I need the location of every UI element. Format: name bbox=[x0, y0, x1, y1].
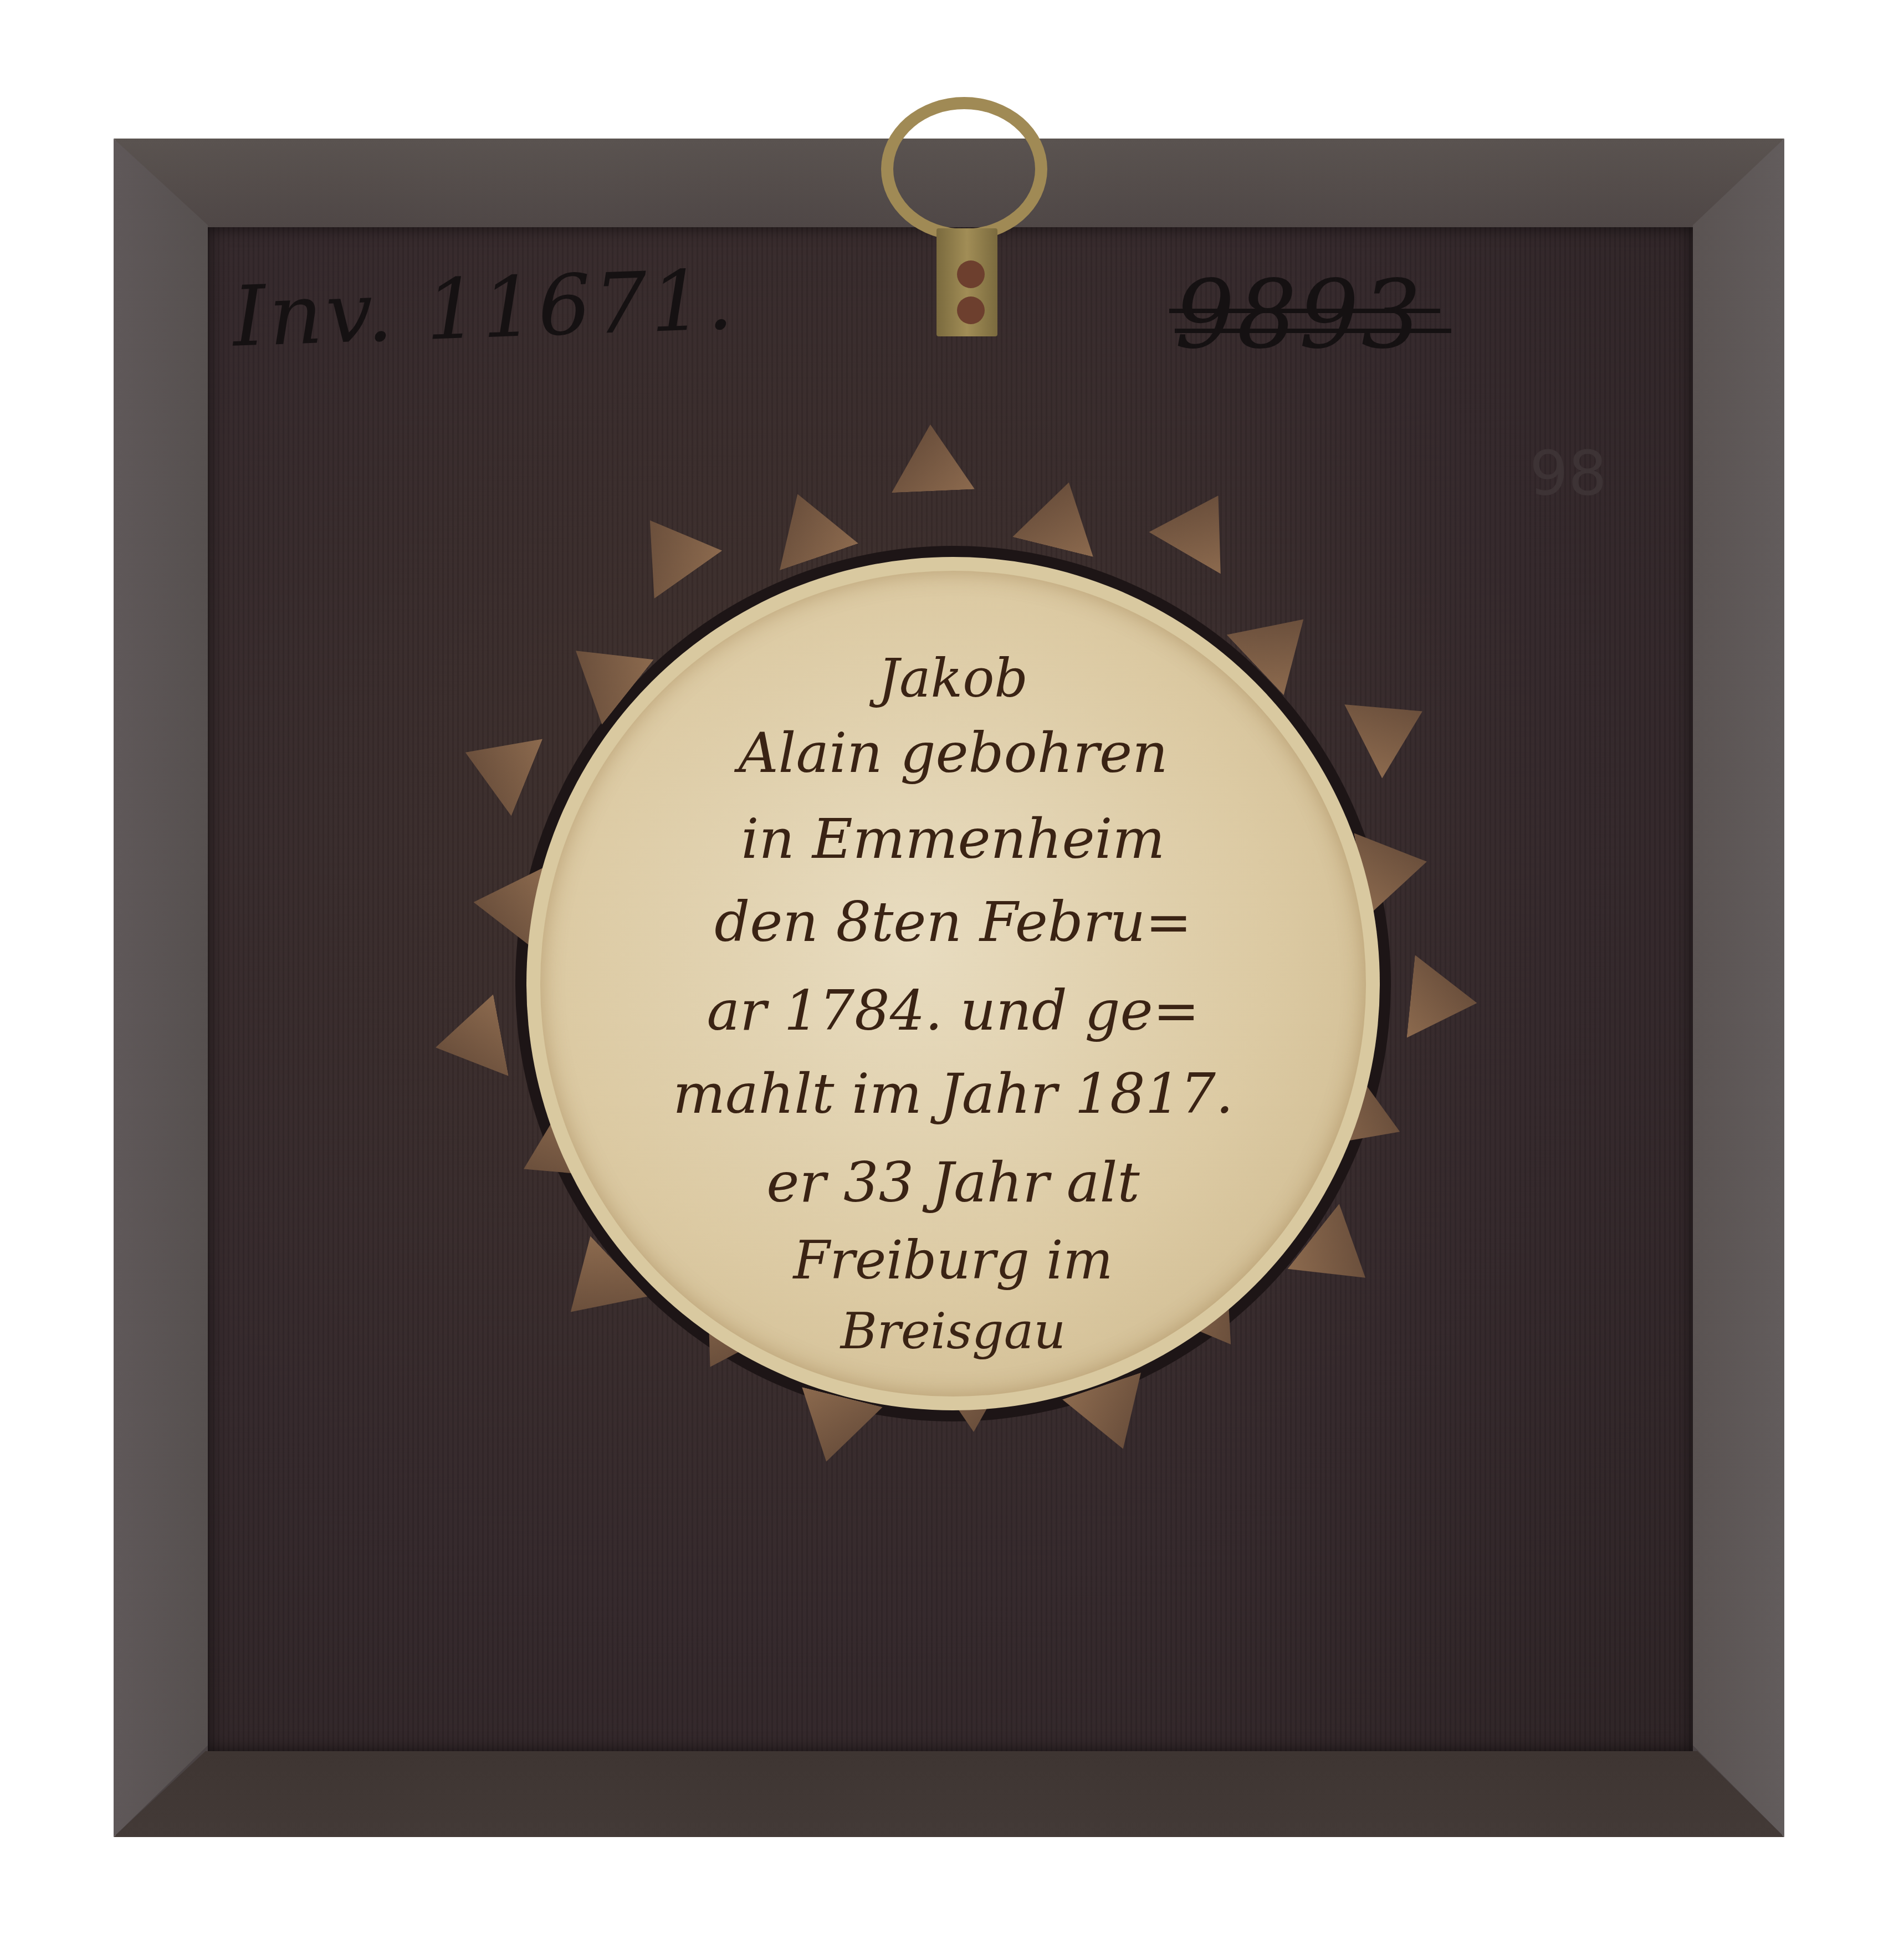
inscription-line: mahlt im Jahr 1817. bbox=[540, 1061, 1366, 1126]
inscription-line: Jakob bbox=[540, 648, 1366, 709]
rivet-icon bbox=[957, 296, 985, 324]
inscription-line: er 33 Jahr alt bbox=[540, 1150, 1366, 1215]
crossed-out-number: 9893 bbox=[1175, 260, 1424, 370]
inventory-number: Inv. 11671. bbox=[231, 252, 738, 366]
frame-bevel-left bbox=[114, 139, 208, 1837]
rivet-icon bbox=[957, 260, 985, 288]
frame-bevel-right bbox=[1693, 139, 1784, 1837]
inscription-line: Freiburg im bbox=[540, 1230, 1366, 1291]
inscription-line: den 8ten Febru= bbox=[540, 889, 1366, 954]
hanging-ring-icon bbox=[881, 97, 1047, 241]
frame-bevel-bottom bbox=[114, 1751, 1784, 1837]
inscription-line: in Emmenheim bbox=[540, 806, 1366, 871]
inscription-line: Breisgau bbox=[540, 1302, 1366, 1360]
pencil-number: 98 bbox=[1529, 438, 1607, 509]
inscription-line: Alain gebohren bbox=[540, 720, 1366, 785]
inscription-line: ar 1784. und ge= bbox=[540, 978, 1366, 1043]
